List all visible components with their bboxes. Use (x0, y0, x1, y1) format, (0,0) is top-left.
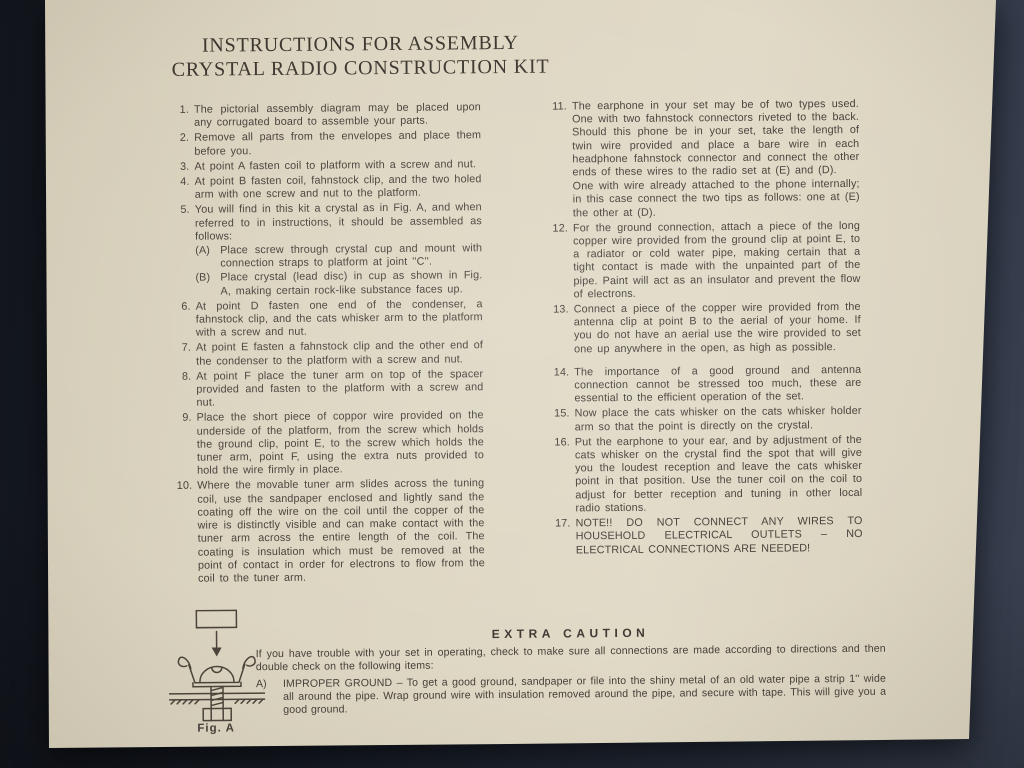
sub-item-text: Place crystal (lead disc) in cup as show… (220, 270, 482, 299)
item-text: At point A fasten coil to platform with … (194, 158, 481, 174)
item-number: 1. (163, 104, 194, 131)
item-number: 15. (544, 408, 575, 435)
item-text: Now place the cats whisker on the cats w… (575, 405, 862, 434)
sub-item-text: Place screw through crystal cup and moun… (220, 242, 482, 271)
item-text: The importance of a good ground and ante… (574, 364, 861, 406)
extra-caution-heading: EXTRA CAUTION (255, 625, 885, 644)
instruction-item-11: 11.The earphone in your set may be of tw… (541, 98, 860, 221)
improper-ground-label: A) (256, 678, 267, 691)
item-paragraph: Place the short piece of coppor wire pro… (197, 410, 485, 479)
photo-background: INSTRUCTIONS FOR ASSEMBLY CRYSTAL RADIO … (0, 0, 1024, 768)
instructions-left-column: 1.The pictorial assembly diagram may be … (163, 101, 485, 588)
item-number: 11. (541, 100, 573, 220)
item-number: 9. (166, 412, 198, 478)
item-paragraph: At point B fasten coil, fahnstock clip, … (195, 173, 482, 202)
item-paragraph: At point E fasten a fahnstock clip and t… (196, 340, 483, 369)
item-number: 12. (542, 222, 574, 301)
item-paragraph: For the ground connection, attach a piec… (573, 220, 861, 302)
item-paragraph: The pictorial assembly diagram may be pl… (194, 101, 481, 130)
extra-caution-section: Fig. A EXTRA CAUTION If you have trouble… (65, 600, 950, 758)
item-number: 7. (165, 342, 196, 369)
item-number: 14. (543, 366, 574, 406)
title-line-2: CRYSTAL RADIO CONSTRUCTION KIT (60, 54, 660, 83)
item-number: 2. (163, 132, 194, 159)
sub-item: (B)Place crystal (lead disc) in cup as s… (195, 270, 482, 299)
item-number: 3. (163, 161, 194, 174)
instruction-item-6: 6.At point D fasten one end of the conde… (165, 298, 483, 340)
instruction-item-8: 8.At point F place the tuner arm on top … (165, 368, 483, 410)
item-number: 6. (165, 301, 196, 341)
instruction-item-1: 1.The pictorial assembly diagram may be … (163, 101, 481, 130)
item-text: NOTE!! DO NOT CONNECT ANY WIRES TO HOUSE… (576, 515, 863, 557)
sub-item-label: (B) (195, 272, 220, 299)
item-text: Connect a piece of the copper wire provi… (574, 301, 861, 356)
instruction-item-14: 14.The importance of a good ground and a… (543, 364, 861, 406)
item-text: The earphone in your set may be of two t… (572, 98, 860, 220)
item-paragraph: The importance of a good ground and ante… (574, 364, 861, 406)
item-number: 13. (543, 303, 574, 356)
instruction-item-10: 10.Where the movable tuner arm slides ac… (166, 478, 485, 586)
instruction-item-15: 15.Now place the cats whisker on the cat… (544, 405, 862, 434)
item-paragraph: At point D fasten one end of the condens… (196, 298, 483, 340)
item-text: Remove all parts from the envelopes and … (194, 130, 481, 159)
figure-a-caption: Fig. A (197, 722, 235, 734)
crystal-cup-diagram (168, 608, 265, 727)
item-text: The pictorial assembly diagram may be pl… (194, 101, 481, 130)
sub-item-label: (A) (195, 245, 220, 272)
item-paragraph: You will find in this kit a crystal as i… (195, 202, 482, 244)
extra-caution-text: EXTRA CAUTION If you have trouble with y… (255, 625, 886, 718)
paper-shadow: INSTRUCTIONS FOR ASSEMBLY CRYSTAL RADIO … (0, 0, 1024, 768)
instruction-item-5: 5.You will find in this kit a crystal as… (164, 202, 483, 299)
item-paragraph: At point F place the tuner arm on top of… (196, 368, 483, 410)
item-number: 10. (166, 480, 198, 586)
item-number: 4. (164, 176, 195, 203)
instruction-item-2: 2.Remove all parts from the envelopes an… (163, 130, 481, 159)
item-text: At point D fasten one end of the condens… (196, 298, 483, 340)
item-number: 16. (544, 436, 576, 515)
item-paragraph: Connect a piece of the copper wire provi… (574, 301, 861, 356)
item-text: Put the earphone to your ear, and by adj… (575, 434, 863, 516)
instruction-item-3: 3.At point A fasten coil to platform wit… (163, 158, 481, 174)
item-number: 8. (165, 371, 196, 411)
item-number: 5. (164, 204, 196, 299)
instruction-item-9: 9.Place the short piece of coppor wire p… (166, 410, 485, 479)
item-number: 17. (545, 517, 576, 557)
instruction-item-12: 12.For the ground connection, attach a p… (542, 220, 861, 302)
item-paragraph: Remove all parts from the envelopes and … (194, 130, 481, 159)
extra-caution-intro: If you have trouble with your set in ope… (256, 643, 886, 675)
instruction-item-16: 16.Put the earphone to your ear, and by … (544, 434, 863, 516)
item-paragraph: The earphone in your set may be of two t… (572, 98, 860, 180)
sheet-content: INSTRUCTIONS FOR ASSEMBLY CRYSTAL RADIO … (60, 0, 951, 764)
instruction-item-4: 4.At point B fasten coil, fahnstock clip… (164, 173, 482, 202)
instruction-sheet: INSTRUCTIONS FOR ASSEMBLY CRYSTAL RADIO … (0, 0, 1024, 768)
item-paragraph: Now place the cats whisker on the cats w… (575, 405, 862, 434)
instruction-columns: 1.The pictorial assembly diagram may be … (163, 97, 949, 588)
item-paragraph: At point A fasten coil to platform with … (194, 158, 481, 174)
item-text: For the ground connection, attach a piec… (573, 220, 861, 302)
item-paragraph: NOTE!! DO NOT CONNECT ANY WIRES TO HOUSE… (576, 515, 863, 557)
instruction-item-7: 7.At point E fasten a fahnstock clip and… (165, 340, 483, 369)
item-text: At point B fasten coil, fahnstock clip, … (195, 173, 482, 202)
item-paragraph: Put the earphone to your ear, and by adj… (575, 434, 863, 516)
item-text: At point E fasten a fahnstock clip and t… (196, 340, 483, 369)
item-paragraph: Where the movable tuner arm slides acros… (197, 478, 485, 586)
sub-item: (A)Place screw through crystal cup and m… (195, 242, 482, 271)
item-text: You will find in this kit a crystal as i… (195, 202, 483, 299)
improper-ground-item: A) IMPROPER GROUND – To get a good groun… (256, 672, 886, 717)
instruction-item-17: 17.NOTE!! DO NOT CONNECT ANY WIRES TO HO… (545, 515, 863, 557)
item-text: Where the movable tuner arm slides acros… (197, 478, 485, 586)
item-text: At point F place the tuner arm on top of… (196, 368, 483, 410)
instructions-right-column: 11.The earphone in your set may be of tw… (541, 98, 863, 585)
page-title: INSTRUCTIONS FOR ASSEMBLY CRYSTAL RADIO … (60, 30, 660, 83)
improper-ground-text: IMPROPER GROUND – To get a good ground, … (283, 672, 886, 716)
item-paragraph: One with wire already attached to the ph… (573, 178, 860, 220)
item-text: Place the short piece of coppor wire pro… (197, 410, 485, 479)
instruction-item-13: 13.Connect a piece of the copper wire pr… (543, 301, 861, 357)
